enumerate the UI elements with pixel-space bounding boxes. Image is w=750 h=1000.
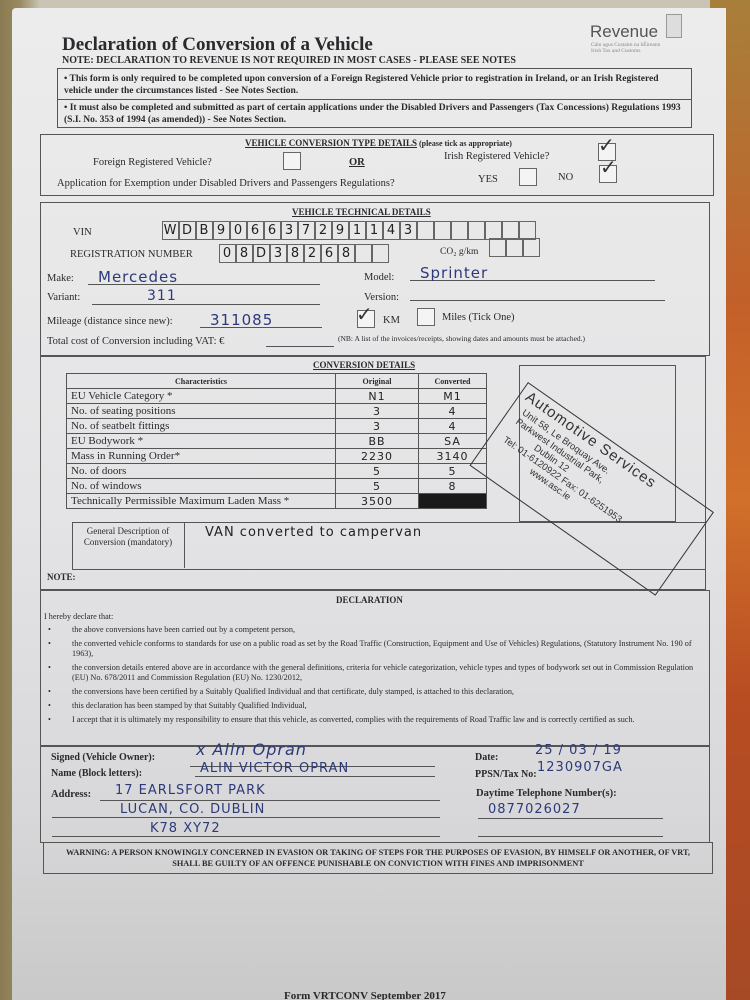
phone-field[interactable]: 0877026027 xyxy=(488,802,581,817)
address-field-2[interactable]: LUCAN, CO. DUBLIN xyxy=(120,802,265,817)
warning-box: WARNING: A PERSON KNOWINGLY CONCERNED IN… xyxy=(43,842,713,874)
char-cell[interactable]: 6 xyxy=(247,221,264,240)
char-cell[interactable]: 2 xyxy=(315,221,332,240)
yes-checkbox[interactable] xyxy=(519,168,537,186)
name-field-line xyxy=(195,776,435,777)
address-line-3 xyxy=(52,836,440,837)
char-cell[interactable]: W xyxy=(162,221,179,240)
vin-label: VIN xyxy=(73,227,92,238)
variant-label: Variant: xyxy=(47,292,80,303)
declaration-item-text: the conversion details entered above are… xyxy=(72,663,700,683)
char-cell[interactable]: 8 xyxy=(287,244,304,263)
conversion-type-heading: VEHICLE CONVERSION TYPE DETAILS (please … xyxy=(245,138,512,148)
char-cell[interactable]: 4 xyxy=(383,221,400,240)
header-note: NOTE: DECLARATION TO REVENUE IS NOT REQU… xyxy=(62,55,516,66)
exemption-label: Application for Exemption under Disabled… xyxy=(57,178,395,189)
char-cell[interactable]: 8 xyxy=(236,244,253,263)
converted-value[interactable]: 4 xyxy=(419,404,487,419)
original-value[interactable]: 5 xyxy=(336,464,419,479)
or-label: OR xyxy=(349,157,365,168)
phone-label: Daytime Telephone Number(s): xyxy=(476,788,617,799)
brand-sub-english: Irish Tax and Customs xyxy=(591,48,660,54)
declaration-item: •this declaration has been stamped by th… xyxy=(48,701,700,711)
intro-bullet-box-1: • This form is only required to be compl… xyxy=(57,68,692,100)
model-field[interactable]: Sprinter xyxy=(420,264,488,282)
original-value[interactable]: 3 xyxy=(336,404,419,419)
table-row: No. of seating positions34 xyxy=(67,404,487,419)
characteristic-label: Technically Permissible Maximum Laden Ma… xyxy=(67,494,336,509)
char-cell[interactable]: 3 xyxy=(400,221,417,240)
declaration-item-text: the converted vehicle conforms to standa… xyxy=(72,639,700,659)
phone-line-1 xyxy=(478,818,663,819)
char-cell[interactable]: 2 xyxy=(304,244,321,263)
declaration-list: •the above conversions have been carried… xyxy=(48,625,700,729)
description-field[interactable]: VAN converted to campervan xyxy=(205,525,422,540)
original-value[interactable]: 3500 xyxy=(336,494,419,509)
phone-line-2 xyxy=(478,836,663,837)
char-cell[interactable]: B xyxy=(196,221,213,240)
table-row: No. of windows58 xyxy=(67,479,487,494)
table-row: No. of doors55 xyxy=(67,464,487,479)
table-row: EU Bodywork *BBSA xyxy=(67,434,487,449)
harp-crest-icon xyxy=(666,14,682,38)
char-cell[interactable] xyxy=(468,221,485,240)
variant-field[interactable]: 311 xyxy=(147,288,177,304)
no-tick-icon: ✓ xyxy=(600,155,617,179)
version-field[interactable] xyxy=(410,300,665,301)
conversion-details-table: Characteristics Original Converted EU Ve… xyxy=(66,373,487,509)
original-value[interactable]: 3 xyxy=(336,419,419,434)
km-tick-icon: ✓ xyxy=(356,302,373,326)
char-cell[interactable]: 3 xyxy=(270,244,287,263)
name-label: Name (Block letters): xyxy=(51,768,142,779)
no-label: NO xyxy=(558,172,573,183)
make-label: Make: xyxy=(47,273,74,284)
characteristic-label: Mass in Running Order* xyxy=(67,449,336,464)
characteristic-label: EU Bodywork * xyxy=(67,434,336,449)
bullet-icon: • xyxy=(48,625,72,635)
char-cell[interactable]: D xyxy=(179,221,196,240)
table-row: Technically Permissible Maximum Laden Ma… xyxy=(67,494,487,509)
char-cell[interactable]: 0 xyxy=(230,221,247,240)
char-cell[interactable] xyxy=(523,238,540,257)
char-cell[interactable] xyxy=(506,238,523,257)
declaration-title: DECLARATION xyxy=(336,595,403,605)
irish-vehicle-tick-icon: ✓ xyxy=(598,133,615,157)
declaration-item: •I accept that it is ultimately my respo… xyxy=(48,715,700,725)
miles-checkbox[interactable] xyxy=(417,308,435,326)
char-cell[interactable]: 8 xyxy=(338,244,355,263)
characteristic-label: No. of seating positions xyxy=(67,404,336,419)
table-row: Mass in Running Order*22303140 xyxy=(67,449,487,464)
address-line-2 xyxy=(52,817,440,818)
char-cell[interactable]: D xyxy=(253,244,270,263)
char-cell[interactable]: 1 xyxy=(349,221,366,240)
address-field-1[interactable]: 17 EARLSFORT PARK xyxy=(115,783,266,798)
intro-bullet-1-text: This form is only required to be complet… xyxy=(64,74,659,96)
bullet-icon: • xyxy=(48,687,72,697)
characteristic-label: No. of doors xyxy=(67,464,336,479)
foreign-vehicle-label: Foreign Registered Vehicle? xyxy=(93,157,212,168)
char-cell[interactable] xyxy=(355,244,372,263)
char-cell[interactable]: 3 xyxy=(281,221,298,240)
warning-text: WARNING: A PERSON KNOWINGLY CONCERNED IN… xyxy=(44,843,712,873)
address-line-1 xyxy=(100,800,440,801)
address-field-3[interactable]: K78 XY72 xyxy=(150,821,221,836)
name-field[interactable]: ALIN VICTOR OPRAN xyxy=(200,761,349,776)
cost-note: (NB: A list of the invoices/receipts, sh… xyxy=(338,334,585,343)
description-divider xyxy=(184,522,185,568)
mileage-field[interactable]: 311085 xyxy=(210,311,273,329)
converted-value[interactable]: SA xyxy=(419,434,487,449)
declaration-item-text: the above conversions have been carried … xyxy=(72,625,295,635)
intro-bullet-2-text: It must also be completed and submitted … xyxy=(64,103,681,125)
char-cell[interactable]: 6 xyxy=(264,221,281,240)
form-footer: Form VRTCONV September 2017 xyxy=(284,990,446,1000)
col-characteristics: Characteristics xyxy=(67,374,336,389)
mileage-label: Mileage (distance since new): xyxy=(47,316,173,327)
col-converted: Converted xyxy=(419,374,487,389)
intro-bullet-box-2: • It must also be completed and submitte… xyxy=(57,99,692,128)
original-value[interactable]: 5 xyxy=(336,479,419,494)
date-field[interactable]: 25 / 03 / 19 xyxy=(535,743,622,758)
converted-value[interactable]: 8 xyxy=(419,479,487,494)
address-label: Address: xyxy=(51,789,91,800)
model-label: Model: xyxy=(364,272,394,283)
irish-vehicle-label: Irish Registered Vehicle? xyxy=(444,151,549,162)
char-cell[interactable] xyxy=(417,221,434,240)
declaration-intro: I hereby declare that: xyxy=(44,612,113,622)
char-cell[interactable]: 7 xyxy=(298,221,315,240)
technical-details-title: VEHICLE TECHNICAL DETAILS xyxy=(292,207,431,217)
co2-label: CO₂ g/km xyxy=(440,247,478,257)
char-cell[interactable]: 6 xyxy=(321,244,338,263)
original-value[interactable]: 2230 xyxy=(336,449,419,464)
characteristic-label: No. of seatbelt fittings xyxy=(67,419,336,434)
variant-field-line xyxy=(92,304,320,305)
declaration-item-text: this declaration has been stamped by tha… xyxy=(72,701,307,711)
ppsn-label: PPSN/Tax No: xyxy=(475,769,537,780)
char-cell[interactable] xyxy=(451,221,468,240)
note-label: NOTE: xyxy=(47,572,76,582)
date-label: Date: xyxy=(475,752,498,763)
conversion-details-title: CONVERSION DETAILS xyxy=(313,360,415,370)
miles-label: Miles (Tick One) xyxy=(442,312,515,323)
page-title: Declaration of Conversion of a Vehicle xyxy=(62,34,373,56)
registration-label: REGISTRATION NUMBER xyxy=(70,249,193,260)
char-cell[interactable] xyxy=(372,244,389,263)
converted-value[interactable]: 4 xyxy=(419,419,487,434)
bullet-icon: • xyxy=(48,715,72,725)
col-original: Original xyxy=(336,374,419,389)
revenue-logo-subtitle: Cáin agus Custaim na hÉireann Irish Tax … xyxy=(591,42,660,54)
intro-bullet-1: • This form is only required to be compl… xyxy=(58,69,691,101)
table-header-row: Characteristics Original Converted xyxy=(67,374,487,389)
declaration-item-text: I accept that it is ultimately my respon… xyxy=(72,715,635,725)
conversion-type-title: VEHICLE CONVERSION TYPE DETAILS xyxy=(245,138,417,148)
make-field[interactable]: Mercedes xyxy=(98,268,178,286)
ppsn-field[interactable]: 1230907GA xyxy=(537,760,623,775)
char-cell[interactable]: 9 xyxy=(213,221,230,240)
char-cell[interactable]: 9 xyxy=(332,221,349,240)
converted-value[interactable]: M1 xyxy=(419,389,487,404)
char-cell[interactable]: 1 xyxy=(366,221,383,240)
intro-bullet-2: • It must also be completed and submitte… xyxy=(58,100,691,128)
declaration-item: •the conversion details entered above ar… xyxy=(48,663,700,683)
declaration-item: •the converted vehicle conforms to stand… xyxy=(48,639,700,659)
original-value[interactable]: BB xyxy=(336,434,419,449)
km-label: KM xyxy=(383,315,400,326)
declaration-item: •the above conversions have been carried… xyxy=(48,625,700,635)
char-cell[interactable] xyxy=(434,221,451,240)
conversion-type-suffix: (please tick as appropriate) xyxy=(419,139,512,148)
table-row: No. of seatbelt fittings34 xyxy=(67,419,487,434)
revenue-logo: Revenue xyxy=(590,22,658,42)
bullet-icon: • xyxy=(48,663,72,683)
converted-value[interactable] xyxy=(419,494,487,509)
cost-label: Total cost of Conversion including VAT: … xyxy=(47,336,224,347)
table-row: EU Vehicle Category *N1M1 xyxy=(67,389,487,404)
foreign-vehicle-checkbox[interactable] xyxy=(283,152,301,170)
signature-field[interactable]: x Alin Opran xyxy=(196,740,307,759)
declaration-item: •the conversions have been certified by … xyxy=(48,687,700,697)
cost-field[interactable] xyxy=(266,346,334,347)
yes-label: YES xyxy=(478,174,498,185)
char-cell[interactable] xyxy=(489,238,506,257)
char-cell[interactable]: 0 xyxy=(219,244,236,263)
description-label: General Description of Conversion (manda… xyxy=(72,526,184,548)
characteristic-label: EU Vehicle Category * xyxy=(67,389,336,404)
characteristic-label: No. of windows xyxy=(67,479,336,494)
bullet-icon: • xyxy=(48,639,72,659)
bullet-icon: • xyxy=(48,701,72,711)
declaration-item-text: the conversions have been certified by a… xyxy=(72,687,514,697)
signed-label: Signed (Vehicle Owner): xyxy=(51,752,155,763)
original-value[interactable]: N1 xyxy=(336,389,419,404)
